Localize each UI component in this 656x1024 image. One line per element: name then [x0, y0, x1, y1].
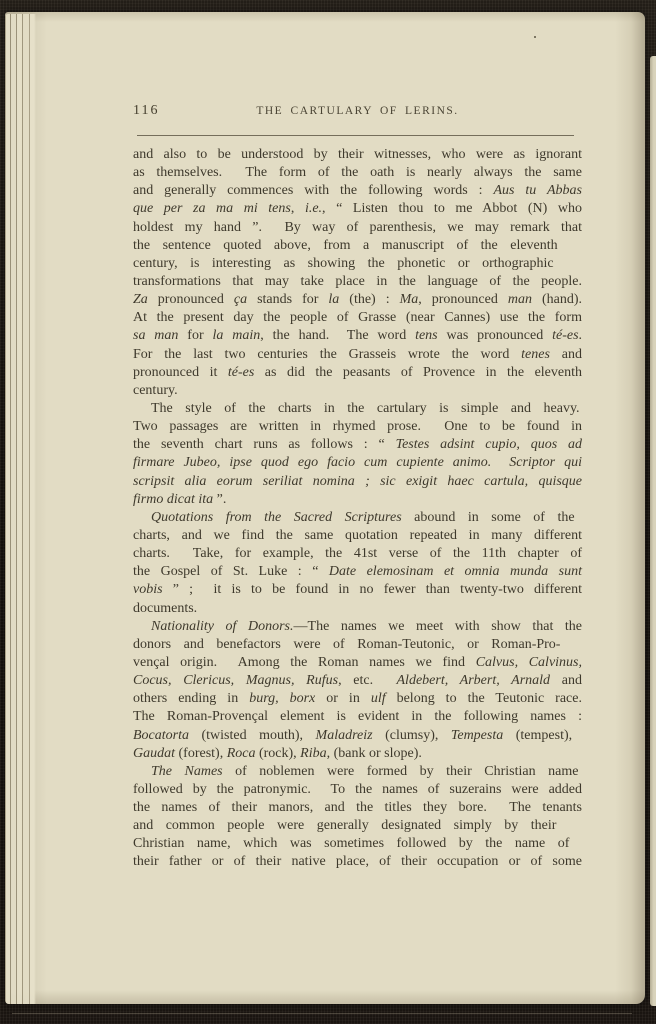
text-line: sa man for la main, the hand. The word t… — [133, 327, 582, 345]
text-line: Za pronounced ça stands for la (the) : M… — [133, 291, 582, 309]
text-line: and also to be understood by their witne… — [133, 146, 582, 164]
text-line: their father or of their native place, o… — [133, 853, 582, 871]
text-line: The Names of noblemen were formed by the… — [133, 763, 582, 781]
text-line: charts, and we find the same quotation r… — [133, 527, 582, 545]
text-line: For the last two centuries the Grasseis … — [133, 346, 582, 364]
text-line: que per za ma mi tens, i.e., “ Listen th… — [133, 200, 582, 218]
text-line: vobis ” ; it is to be found in no fewer … — [133, 581, 582, 599]
text-line: The Roman-Provençal element is evident i… — [133, 708, 582, 726]
text-line: others ending in burg, borx or in ulf be… — [133, 690, 582, 708]
text-line: firmo dicat ita ”. — [133, 491, 582, 509]
running-title: THE CARTULARY OF LERINS. — [133, 105, 582, 117]
text-line: vençal origin. Among the Roman names we … — [133, 654, 582, 672]
page-text: and also to be understood by their witne… — [133, 146, 582, 872]
text-line: and common people were generally designa… — [133, 817, 582, 835]
next-page-edge — [650, 56, 656, 1006]
text-line: and generally commences with the followi… — [133, 182, 582, 200]
text-line: donors and benefactors were of Roman-Teu… — [133, 636, 582, 654]
text-line: as themselves. The form of the oath is n… — [133, 164, 582, 182]
text-line: Gaudat (forest), Roca (rock), Riba, (ban… — [133, 745, 582, 763]
text-line: transformations that may take place in t… — [133, 273, 582, 291]
text-line: documents. — [133, 600, 582, 618]
text-line: the seventh chart runs as follows : “ Te… — [133, 436, 582, 454]
text-line: century. — [133, 382, 582, 400]
text-line: Quotations from the Sacred Scriptures ab… — [133, 509, 582, 527]
text-line: Christian name, which was sometimes foll… — [133, 835, 582, 853]
text-line: charts. Take, for example, the 41st vers… — [133, 545, 582, 563]
book-photo-background: 116 THE CARTULARY OF LERINS. and also to… — [0, 0, 656, 1024]
text-line: scripsit alia eorum seriliat nomina ; si… — [133, 473, 582, 491]
text-line: pronounced it té-es as did the peasants … — [133, 364, 582, 382]
text-line: century, is interesting as showing the p… — [133, 255, 582, 273]
stacked-page-edges — [5, 14, 36, 1004]
text-line: The style of the charts in the cartulary… — [133, 400, 582, 418]
text-line: followed by the patronymic. To the names… — [133, 781, 582, 799]
text-line: Two passages are written in rhymed prose… — [133, 418, 582, 436]
text-line: the names of their manors, and the title… — [133, 799, 582, 817]
text-line: At the present day the people of Grasse … — [133, 309, 582, 327]
text-line: Bocatorta (twisted mouth), Maladreiz (cl… — [133, 727, 582, 745]
text-line: the sentence quoted above, from a manusc… — [133, 237, 582, 255]
header-rule — [137, 135, 574, 136]
text-line: firmare Jubeo, ipse quod ego facio cum c… — [133, 454, 582, 472]
text-line: the Gospel of St. Luke : “ Date elemosin… — [133, 563, 582, 581]
text-line: Nationality of Donors.—The names we meet… — [133, 618, 582, 636]
paper-speck — [534, 36, 536, 38]
text-line: holdest my hand ”. By way of parenthesis… — [133, 219, 582, 237]
text-line: Cocus, Clericus, Magnus, Rufus, etc. Ald… — [133, 672, 582, 690]
cover-seam-line — [12, 1013, 632, 1014]
